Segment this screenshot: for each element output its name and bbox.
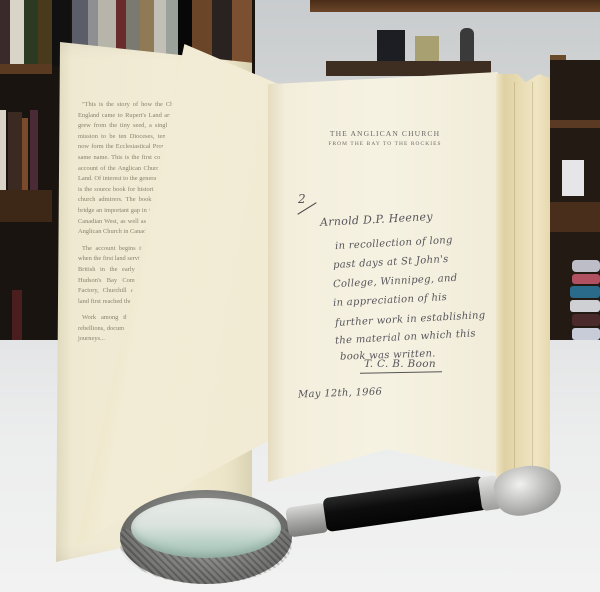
photo-scene: "This is the story of how the Church of … bbox=[0, 0, 600, 592]
page-edge-line bbox=[514, 82, 515, 482]
book-subtitle: FROM THE BAY TO THE ROCKIES bbox=[305, 139, 465, 149]
upper-shelf bbox=[310, 0, 600, 12]
book-fore-edge bbox=[496, 74, 550, 484]
inscription-signature: T. C. B. Boon bbox=[364, 358, 436, 370]
magnifier-ferrule bbox=[285, 502, 329, 537]
inscription-number: 2 bbox=[298, 192, 306, 206]
magnifier-lens bbox=[131, 498, 281, 558]
bookshelf-right bbox=[550, 60, 600, 350]
book-title: THE ANGLICAN CHURCH bbox=[305, 129, 465, 139]
book-title-block: THE ANGLICAN CHURCH FROM THE BAY TO THE … bbox=[305, 129, 465, 149]
page-edge-line bbox=[532, 82, 533, 482]
